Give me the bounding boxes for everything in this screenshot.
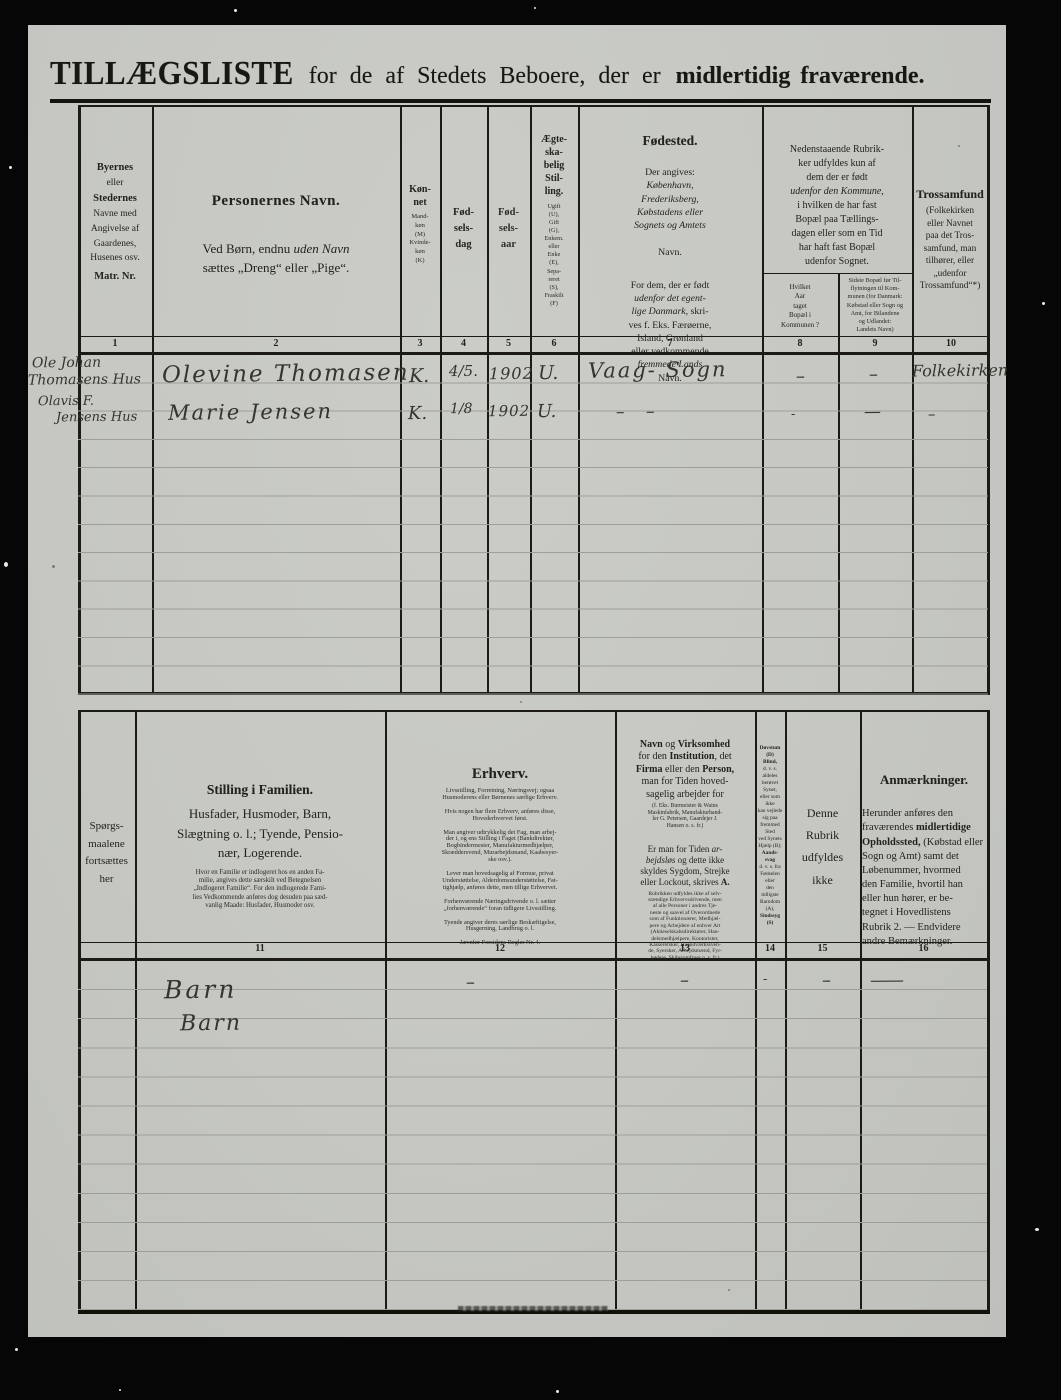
entry-row1-birthyear: 1902	[489, 364, 534, 383]
header-employer-n2: for den	[638, 751, 669, 762]
header-name-title: Personernes Navn.	[154, 193, 398, 210]
header-name: Personernes Navn. Ved Børn, endnu uden N…	[154, 193, 398, 278]
entry-row1-birthplace: Vaag- Sogn	[588, 357, 728, 382]
header-employer-b1: Navn	[640, 739, 663, 750]
header-place-stedernes: Stedernes	[80, 191, 150, 207]
entry-row2-place-line2: Jensens Hus	[56, 410, 137, 426]
entry-row1-name: Olevine Thomasen	[162, 360, 410, 389]
header-sex-sub: Mand- køn (M) Kvinde- køn (K)	[401, 213, 439, 266]
film-speck	[4, 562, 8, 567]
header-name-sub-italic: uden Navn	[294, 241, 350, 256]
entry2-row1-disability: -	[763, 972, 768, 987]
entry-row2-marital: U.	[537, 401, 556, 422]
column-number-11: 11	[135, 943, 385, 957]
header-marital: Ægte- ska- belig Stil- ling. Ugift (U), …	[531, 133, 577, 308]
header-birthyear: Fød- sels- aar	[488, 205, 529, 252]
column-number-4: 4	[440, 338, 487, 352]
column-number-3: 3	[400, 338, 440, 352]
entry-row1-marital: U.	[538, 362, 559, 384]
entry2-row2-position: Barn	[180, 1011, 242, 1037]
printer-imprint	[458, 1306, 608, 1311]
header-place-byernes: Byernes	[80, 160, 150, 176]
column-number-12: 12	[385, 943, 615, 957]
header-residence-p2: i hvilken de har fast Bopæl paa Tællings…	[791, 200, 882, 267]
column-number-8: 8	[762, 338, 838, 352]
header-year-moved: Hvilket Aar taget Bopæl i Kommunen ?	[764, 283, 836, 330]
entry2-row1-employer: –	[680, 970, 689, 991]
entry-row1-religion: Folkekirken	[912, 360, 1008, 380]
film-speck	[9, 166, 12, 169]
form-title-lead: TILLÆGSLISTE	[50, 54, 294, 93]
entry-row1-year-moved: –	[796, 366, 805, 387]
table-rule	[78, 336, 990, 337]
header-family-position-sub: Husfader, Husmoder, Barn, Slægtning o. l…	[137, 804, 383, 863]
header-remarks-title: Anmærkninger.	[862, 772, 986, 788]
header-family-position-title: Stilling i Familien.	[137, 782, 383, 798]
header-occupation-title: Erhverv.	[387, 766, 613, 783]
header-employer-b4: Firma	[636, 764, 663, 775]
header-place-eller: eller	[80, 176, 150, 191]
column-number-15: 15	[785, 943, 860, 957]
header-employer: Navn og Virksomhed for den Institution, …	[617, 726, 753, 961]
header-sex-title: Køn- net	[401, 183, 439, 209]
column-number-16: 16	[860, 943, 987, 957]
entry2-row1-remarks: ——	[870, 970, 902, 991]
film-speck	[556, 1390, 559, 1393]
questions-continue-label: Spørgs- maalene fortsættes her	[80, 818, 133, 888]
header-place: Byernes eller Stedernes Navne med Angive…	[80, 160, 150, 285]
entry-row1-last-res: –	[869, 364, 878, 385]
column-number-14: 14	[755, 943, 785, 957]
header-remarks-n2: (Købstad eller Sogn og Amt) samt det Løb…	[862, 837, 983, 947]
entry-row1-birthday: 4/5.	[449, 362, 478, 380]
header-religion: Trossamfund (Folkekirken eller Navnet pa…	[914, 187, 986, 293]
header-name-sub2: sættes „Dreng“ eller „Pige“.	[203, 260, 350, 275]
header-residence-note: Nedenstaaende Rubrik- ker udfyldes kun a…	[764, 129, 910, 269]
entry-row2-sex: K.	[408, 403, 427, 424]
table-rule	[762, 273, 912, 274]
column-number-1: 1	[78, 338, 152, 352]
entry-row2-year-moved: -	[791, 407, 796, 422]
film-speck	[119, 1389, 121, 1391]
entry-row1-place-line1: Ole Johan	[32, 355, 101, 372]
header-employer-b5: Person,	[702, 764, 734, 775]
header-birthplace-s2: Navn.	[658, 247, 682, 258]
entry2-row1-occupation: –	[466, 972, 475, 993]
form-title-middle: for de af Stedets Beboere, der er	[309, 63, 661, 90]
header-religion-title: Trossamfund	[914, 187, 986, 202]
form-title-tail: midlertidig fraværende.	[676, 63, 925, 90]
header-disabilities-feebleminded: Aands- svag	[762, 850, 778, 863]
entry-row1-place-line2: Thomasens Hus	[28, 371, 141, 388]
column-number-9: 9	[838, 338, 912, 352]
header-birthplace-s1: Der angives:	[645, 167, 695, 178]
film-speck	[1035, 1228, 1039, 1231]
header-place-matrnr: Matr. Nr.	[80, 269, 150, 285]
header-occupation-fine: Livsstilling, Forretning, Næringsvej; og…	[387, 788, 613, 947]
column-number-10: 10	[912, 338, 990, 352]
header-residence-italic: udenfor den Kommune,	[790, 186, 884, 197]
header-remarks: Anmærkninger. Herunder anføres den fravæ…	[862, 772, 986, 949]
header-employer-n5: man for Tiden hoved- sagelig arbejder fo…	[642, 776, 729, 800]
paper-fleck	[52, 565, 55, 568]
form-paper: TILLÆGSLISTE for de af Stedets Beboere, …	[28, 25, 1006, 1337]
header-employer-mark-a: A.	[721, 877, 730, 887]
entry-row2-name: Marie Jensen	[168, 399, 333, 425]
table-rule	[78, 710, 990, 712]
header-occupation: Erhverv. Livsstilling, Forretning, Nærin…	[387, 766, 613, 947]
header-disabilities-deaf: Døvstum (D)	[760, 745, 781, 758]
header-family-position-fine: Hvor en Familie er indlogeret hos en and…	[137, 869, 383, 911]
table-rule	[987, 710, 990, 1314]
header-disabilities: Døvstum (D) Blind, d. v. s. aldeles berø…	[757, 738, 783, 927]
form-title: TILLÆGSLISTE for de af Stedets Beboere, …	[50, 55, 992, 91]
header-disabilities-insane: Sindssyg (S)	[760, 913, 780, 926]
column-number-2: 2	[152, 338, 400, 352]
entry-row2-religion: –	[928, 405, 936, 423]
column-number-6: 6	[530, 338, 578, 352]
header-birthplace-cities: København, Frederiksberg, Købstadens ell…	[580, 179, 760, 232]
header-birthplace-s3: For dem, der er født	[631, 280, 710, 291]
header-sex: Køn- net Mand- køn (M) Kvinde- køn (K)	[401, 183, 439, 266]
header-employer-n3: , det	[714, 751, 731, 762]
header-name-sub: Ved Børn, endnu	[203, 241, 294, 256]
header-employer-m1: Er man for Tiden	[648, 844, 712, 854]
header-residence-p1: Nedenstaaende Rubrik- ker udfyldes kun a…	[790, 144, 884, 183]
entry2-row1-blank-col: –	[822, 970, 831, 991]
header-do-not-fill: Denne Rubrik udfyldes ikke	[787, 802, 858, 891]
title-rule	[50, 99, 991, 103]
table-rule	[78, 105, 990, 107]
header-last-residence: Sidste Bopæl før Til- flytningen til Kom…	[839, 277, 911, 334]
header-family-position: Stilling i Familien. Husfader, Husmoder,…	[137, 782, 383, 911]
header-marital-sub: Ugift (U), Gift (G), Enkem. eller Enke (…	[531, 203, 577, 308]
entry-row2-last-res: —	[864, 402, 881, 422]
entry2-row1-position: Barn	[164, 975, 238, 1005]
column-number-13: 13	[615, 943, 755, 957]
paper-fleck	[520, 701, 522, 703]
header-employer-b2: Virksomhed	[678, 739, 730, 750]
column-number-5: 5	[487, 338, 530, 352]
header-employer-n4: eller den	[663, 764, 703, 775]
header-disabilities-blind: Blind,	[763, 759, 777, 765]
header-disabilities-n2: d. v. s. fra Fødselen eller den tidligst…	[759, 864, 780, 912]
header-marital-title: Ægte- ska- belig Stil- ling.	[531, 133, 577, 198]
header-birthday: Fød- sels- dag	[441, 205, 486, 252]
film-speck	[534, 7, 536, 9]
header-place-detail: Navne med Angivelse af Gaardenes, Husene…	[80, 207, 150, 266]
entry-row2-birthyear: 1902	[488, 402, 530, 420]
entry-row2-birthday: 1/8	[450, 401, 473, 417]
entry-row1-sex: K.	[409, 365, 429, 387]
header-employer-b3: Institution	[669, 751, 714, 762]
header-religion-sub: (Folkekirken eller Navnet paa det Tros- …	[914, 205, 986, 293]
entry-row2-place-line1: Olavis F.	[38, 394, 94, 410]
header-employer-fine1: (f. Eks. Burmeister & Wains Maskinfabrik…	[617, 803, 753, 830]
header-birthplace-title: Fødested.	[580, 133, 760, 149]
scanned-census-form: TILLÆGSLISTE for de af Stedets Beboere, …	[0, 0, 1061, 1400]
film-speck	[15, 1348, 18, 1351]
column-number-7: 7	[578, 338, 762, 352]
film-speck	[234, 9, 237, 12]
header-employer-n1: og	[663, 739, 678, 750]
header-disabilities-n1: d. v. s. aldeles berøvet Synet, eller so…	[758, 766, 783, 849]
entry-row2-birthplace: – –	[616, 402, 655, 422]
film-speck	[1042, 302, 1045, 305]
